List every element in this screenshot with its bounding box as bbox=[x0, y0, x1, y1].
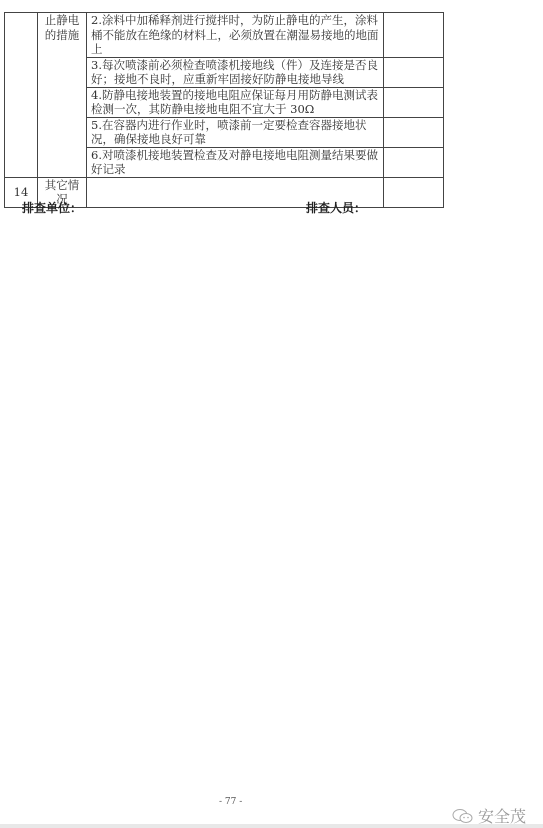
check-result bbox=[384, 13, 444, 58]
inspector-label: 排查人员： bbox=[306, 199, 366, 216]
check-result bbox=[384, 117, 444, 147]
inspection-unit-label: 排查单位： bbox=[22, 199, 82, 216]
check-result bbox=[384, 147, 444, 177]
check-content: 5.在容器内进行作业时，喷漆前一定要检查容器接地状况，确保接地良好可靠 bbox=[87, 117, 384, 147]
row-number bbox=[5, 13, 38, 178]
inspection-table: 止静电的措施 2.涂料中加稀释剂进行搅拌时，为防止静电的产生，涂料桶不能放在绝缘… bbox=[4, 12, 444, 208]
check-result bbox=[384, 177, 444, 207]
check-content: 2.涂料中加稀释剂进行搅拌时，为防止静电的产生，涂料桶不能放在绝缘的材料上，必须… bbox=[87, 13, 384, 58]
page-number: - 77 - bbox=[219, 797, 242, 807]
check-content: 3.每次喷漆前必须检查喷漆机接地线（件）及连接是否良好；接地不良时，应重新牢固接… bbox=[87, 57, 384, 87]
check-result bbox=[384, 87, 444, 117]
table-row: 止静电的措施 2.涂料中加稀释剂进行搅拌时，为防止静电的产生，涂料桶不能放在绝缘… bbox=[5, 13, 444, 58]
wechat-icon bbox=[452, 808, 474, 824]
bottom-divider bbox=[0, 824, 543, 828]
check-content: 4.防静电接地装置的接地电阻应保证每月用防静电测试表检测一次，其防静电接地电阻不… bbox=[87, 87, 384, 117]
check-content: 6.对喷漆机接地装置检查及对静电接地电阻测量结果要做好记录 bbox=[87, 147, 384, 177]
item-name: 止静电的措施 bbox=[38, 13, 87, 178]
check-result bbox=[384, 57, 444, 87]
